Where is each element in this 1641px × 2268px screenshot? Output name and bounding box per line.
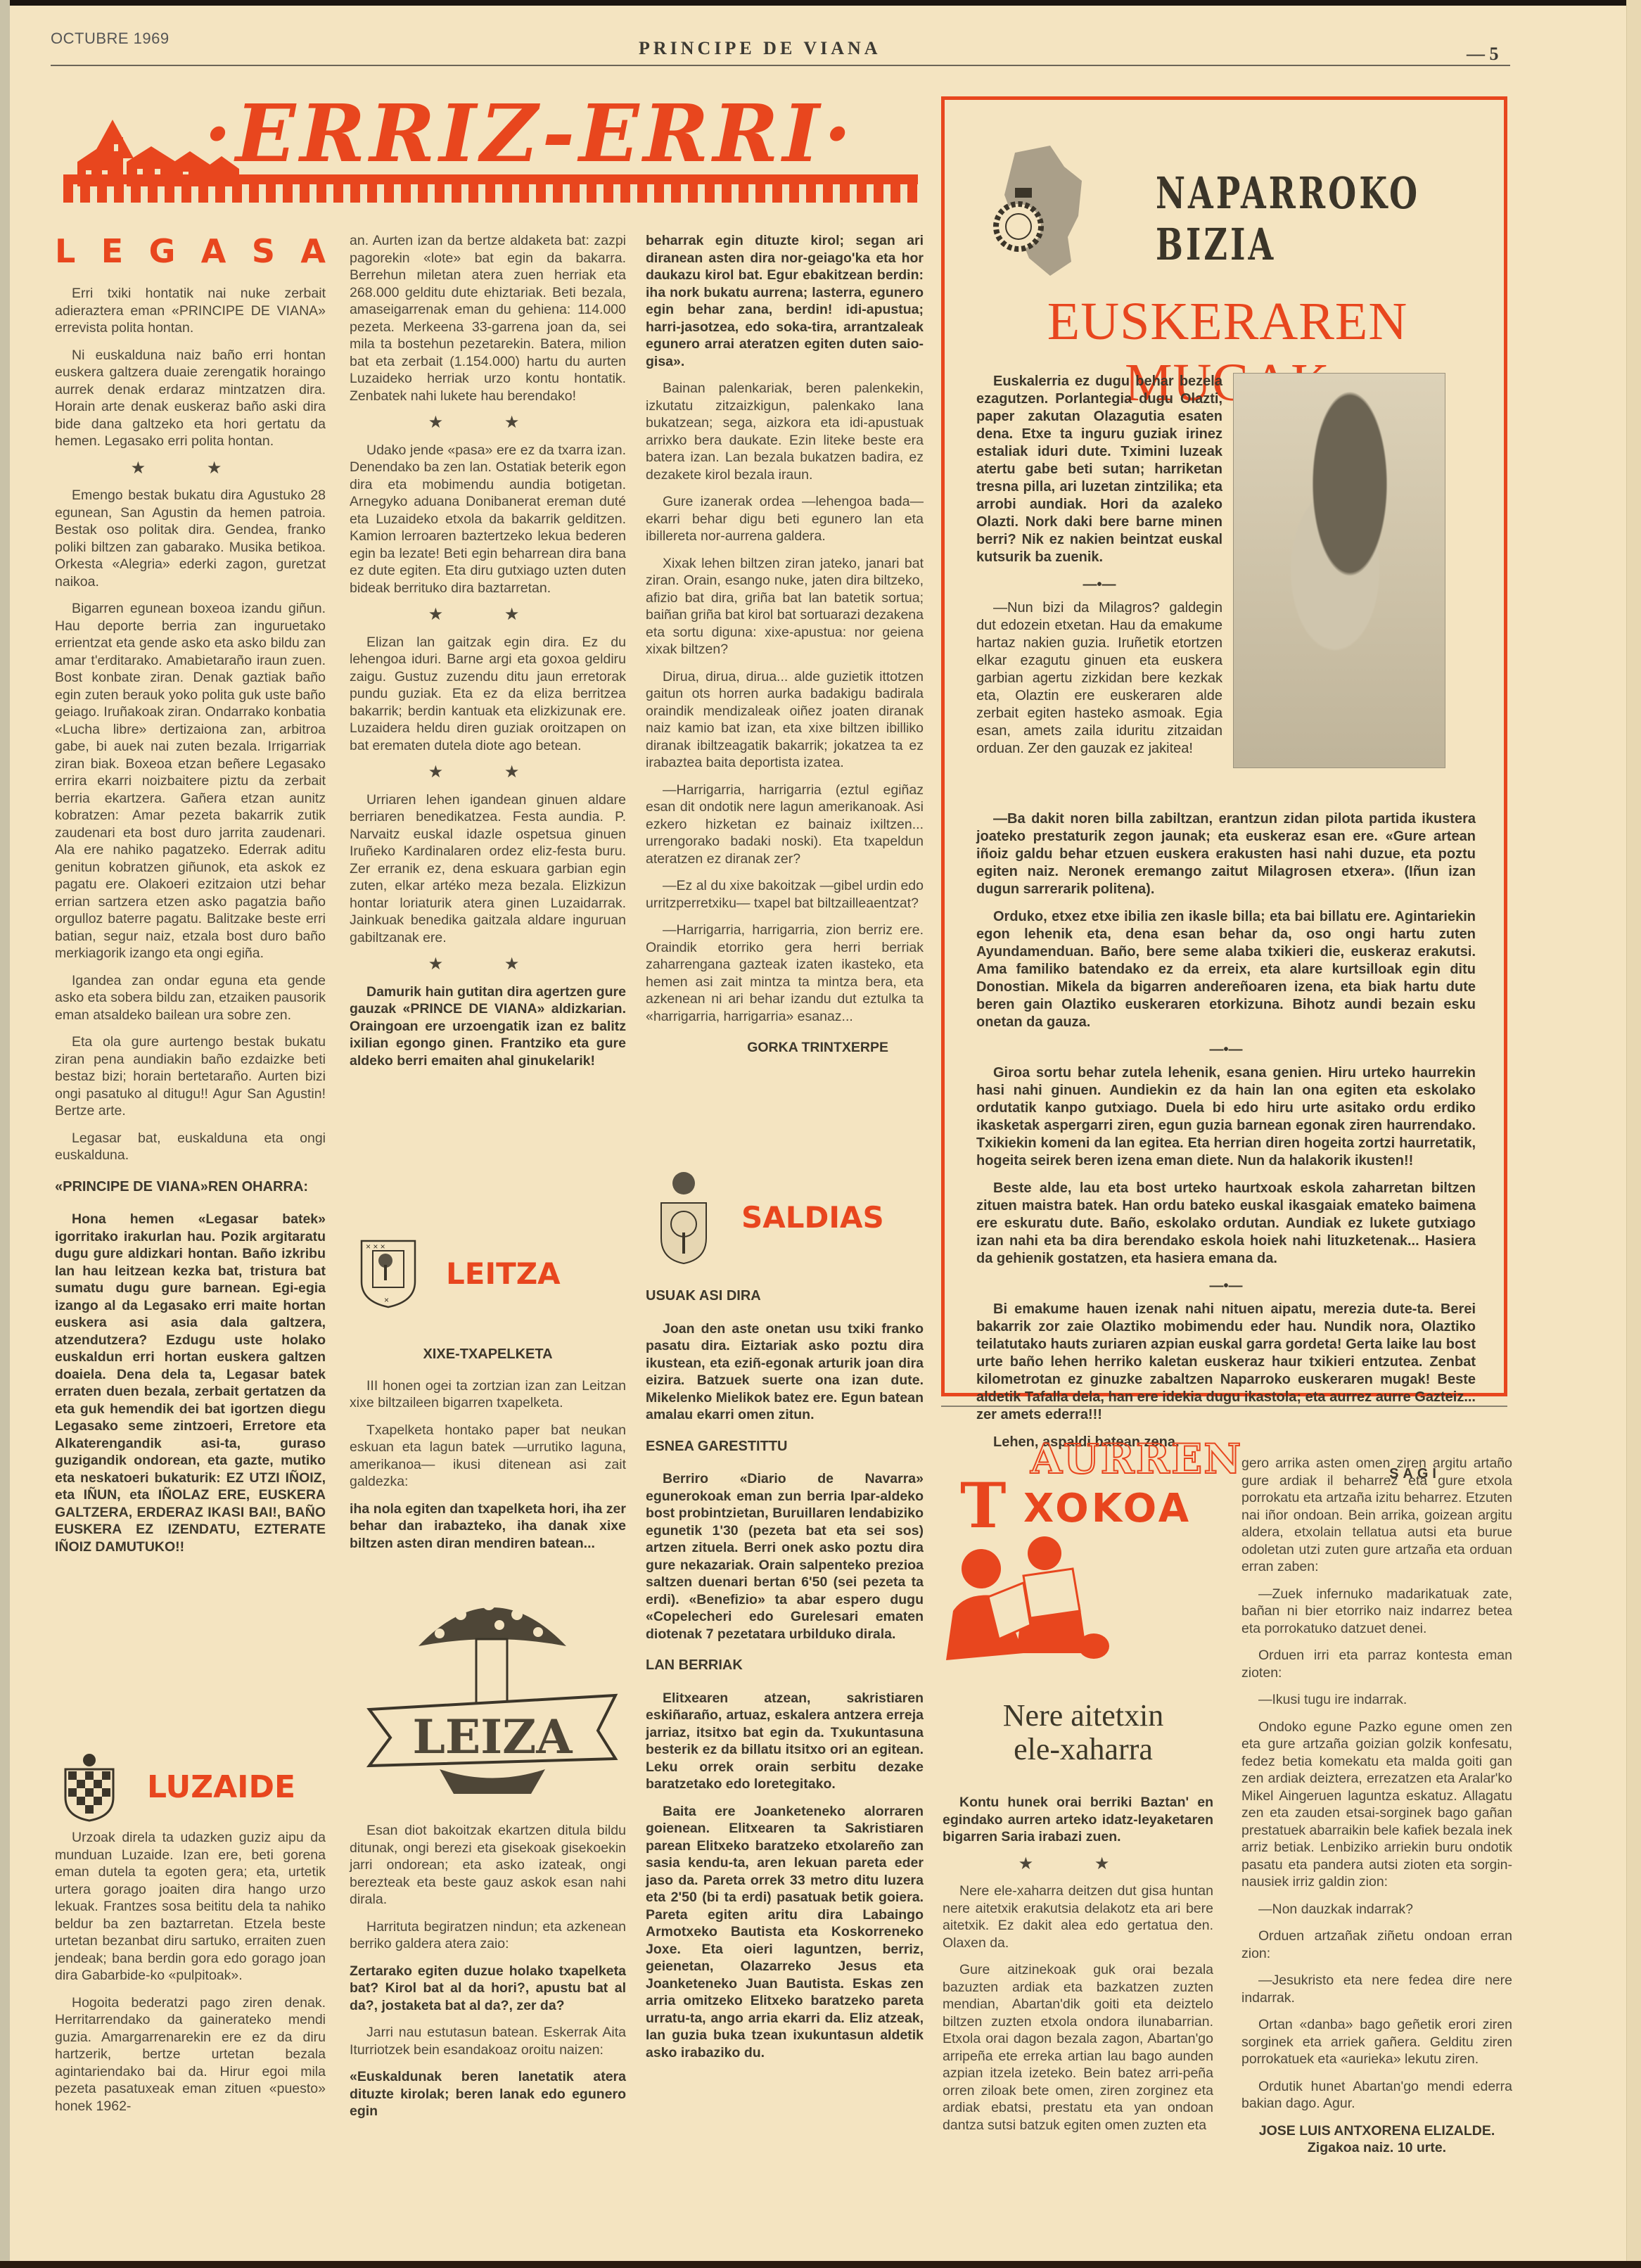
mugak-body: —Ba dakit noren billa zabiltzan, erantzu… [976,810,1476,1483]
legasa-article: Erri txiki hontatik nai nuke zerbait adi… [55,285,326,1565]
star-divider: ★ ★ [55,460,326,478]
saldias-article: USUAK ASI DIRA Joan den aste onetan usu … [646,1287,924,2071]
closing-bold: Damurik hain gutitan dira agertzen gure … [350,983,626,1070]
mushroom-leiza-illustration-icon: LEIZA [355,1576,630,1808]
section-rule [941,1406,1507,1407]
author-signature: GORKA TRINTXERPE [646,1039,888,1057]
leitza-crest-icon: × × × × [359,1238,418,1308]
editor-note: Hona hemen «Legasar batek» igorritako ir… [55,1211,326,1555]
banner-title: ·ERRIZ-ERRI· [204,88,855,180]
saldias-title: SALDIAS [741,1200,884,1235]
luzaide-continued: an. Aurten izan da bertze aldaketa bat: … [350,232,626,1079]
svg-text:LEIZA: LEIZA [413,1709,573,1764]
header-rule [51,65,1510,66]
luzaide-article: Urzoak direla ta udazken guziz aipu da m… [55,1829,326,2124]
issue-date: OCTUBRE 1969 [51,30,170,48]
aurren-txokoa-header: AURREN T XOKOA [939,1435,1220,1667]
child-author-info: Zigakoa naiz. 10 urte. [1241,2139,1512,2157]
leitza-article-continued: Esan diot bakoitzak ekartzen ditula bild… [350,1822,626,2130]
scan-right-edge [1626,0,1641,2268]
child-author-name: JOSE LUIS ANTXORENA ELIZALDE. [1241,2122,1512,2140]
leitza-article: XIXE-TXAPELKETA III honen ogei ta zortzi… [350,1333,626,1562]
mugak-intro: Euskalerria ez dugu behar bezela ezagutz… [976,373,1222,767]
aurren-story-left: Kontu hunek orai berriki Baztan' en egin… [943,1794,1213,2143]
luzaide-heading: LUZAIDE [60,1752,295,1822]
children-reading-illustration-icon [939,1534,1122,1667]
aurren-story-right: gero arrika asten omen ziren argitu arta… [1241,1455,1512,2157]
saldias-crest-icon [654,1168,713,1266]
navarra-map-gear-logo-icon [987,139,1092,279]
naparroko-bizia-box: NAPARROKO BIZIA EUSKERAREN MUGAK Euskale… [941,96,1507,1396]
erriz-erri-banner: ·ERRIZ-ERRI· [63,84,918,204]
story-title: Nere aitetxin ele-xaharra [943,1699,1224,1766]
banner-crenellation [63,183,918,203]
note-heading: «PRINCIPE DE VIANA»REN OHARRA: [55,1178,326,1196]
leitza-article-end: beharrak egin dituzte kirol; segan ari d… [646,232,924,1057]
luzaide-title: LUZAIDE [147,1769,295,1805]
svg-text:×: × [384,1295,389,1305]
boy-photo [1233,373,1445,768]
luzaide-crest-icon [60,1752,119,1822]
scan-left-edge [0,0,10,2268]
page-number: — 5 [1467,44,1499,65]
leitza-heading: × × × × LEITZA [359,1238,561,1308]
section-header: NAPARROKO BIZIA [1156,167,1504,270]
leitza-title: LEITZA [446,1256,561,1291]
svg-text:× × ×: × × × [366,1242,385,1251]
saldias-heading: SALDIAS [654,1168,884,1266]
scan-bottom-edge [0,2261,1641,2268]
publication-title: PRINCIPE DE VIANA [639,38,881,59]
scan-top-edge [0,0,1641,6]
legasa-heading: L E G A S A [55,232,326,270]
